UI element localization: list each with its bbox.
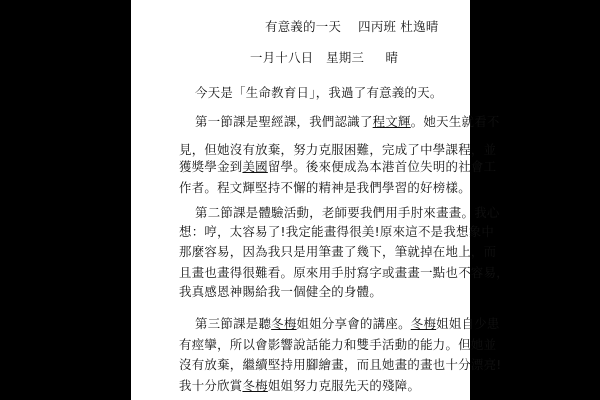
weekday: 星期三	[326, 50, 364, 65]
paragraph-4-line-4: 我十分欣賞冬梅姐姐努力克服先天的殘障。	[179, 379, 420, 393]
paragraph-3-line-2: 想：哼，太容易了!我定能畫得很美!原來這不是我想象中	[179, 225, 494, 239]
paragraph-1-line-1: 今天是「生命教育日」，我過了有意義的天。	[195, 86, 443, 100]
person-name: 冬梅	[411, 316, 436, 331]
author-class: 四丙班 杜逸晴	[358, 19, 438, 34]
paragraph-4-line-1: 第三節課是聽冬梅姐姐分享會的講座。冬梅姐姐自少患	[195, 317, 500, 331]
paragraph-2-line-3: 獲獎學金到美國留學。後來便成為本港首位失明的社會工	[179, 160, 496, 174]
document-page: 有意義的一天 四丙班 杜逸晴 一月十八日 星期三 晴 今天是「生命教育日」，我過…	[131, 0, 470, 400]
paragraph-2-line-2: 見，但她沒有放棄，努力克服困難，完成了中學課程，並	[179, 143, 496, 157]
person-name: 冬梅	[271, 316, 296, 331]
date: 一月十八日	[250, 50, 313, 65]
weather: 晴	[385, 50, 398, 65]
person-name: 程文輝	[373, 114, 411, 129]
paragraph-3-line-4: 且畫也畫得很難看。原來用手肘寫字或畫畫一點也不容易，	[179, 266, 509, 280]
paragraph-2-line-1: 第一節課是聖經課，我們認識了程文輝。她天生就看不	[195, 115, 500, 129]
country-name: 美國	[242, 159, 267, 174]
paragraph-3-line-1: 第二節課是體驗活動，老師要我們用手肘來畫畫。我心	[195, 206, 500, 220]
essay-title: 有意義的一天	[265, 19, 341, 34]
date-line: 一月十八日 星期三 晴	[250, 51, 398, 65]
person-name: 冬梅	[242, 378, 267, 393]
paragraph-2-line-4: 作者。程文輝堅持不懈的精神是我們學習的好榜樣。	[179, 181, 471, 195]
title-line: 有意義的一天 四丙班 杜逸晴	[265, 20, 439, 34]
paragraph-4-line-2: 有痙攣，所以會影響說話能力和雙手活動的能力。但她並	[179, 338, 496, 352]
paragraph-3-line-3: 那麼容易，因為我只是用筆畫了幾下，筆就掉在地上，而	[179, 245, 496, 259]
paragraph-3-line-5: 我真感恩神賜給我一個健全的身體。	[179, 285, 382, 299]
paragraph-4-line-3: 沒有放棄，繼續堅持用腳繪畫，而且她畫的畫也十分漂亮!	[179, 358, 502, 372]
